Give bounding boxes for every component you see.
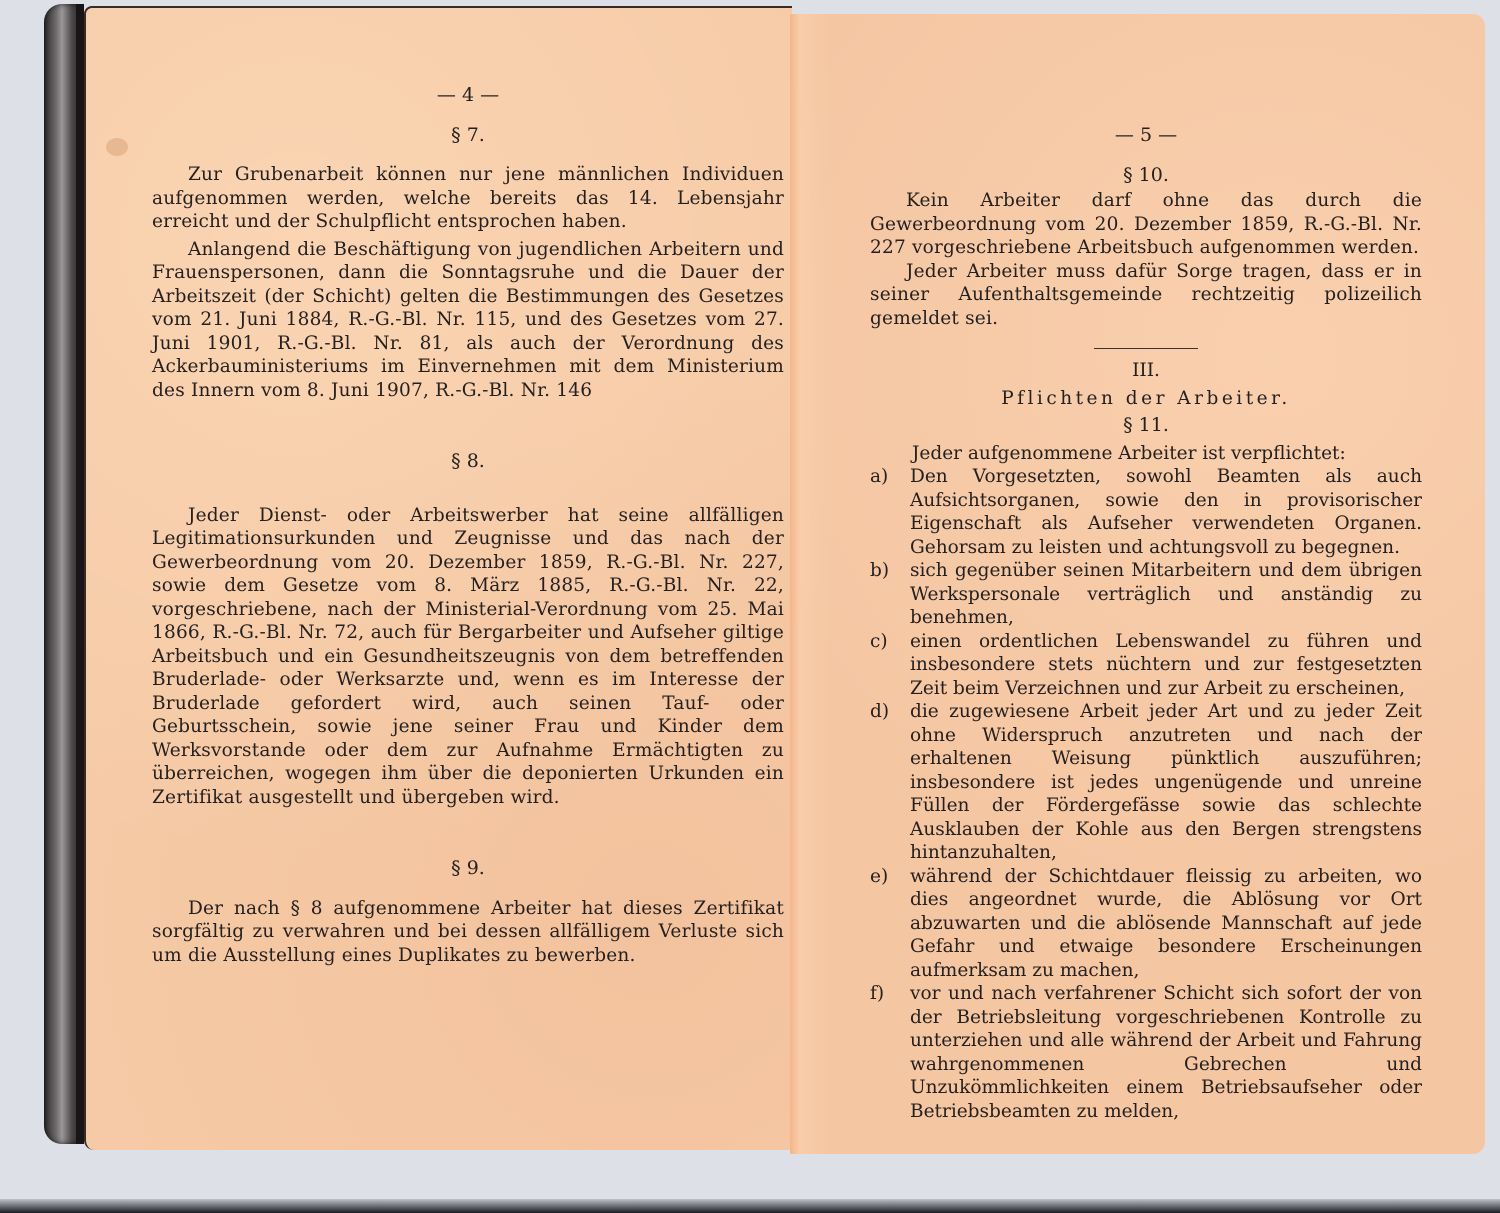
list-marker: f) (870, 982, 904, 1006)
list-marker: b) (870, 559, 904, 583)
page-number: — 5 — (870, 124, 1422, 148)
list-item: a) Den Vorgesetzten, sowohl Beamten als … (870, 465, 1422, 559)
list-item-text: die zugewiesene Arbeit jeder Art und zu … (910, 701, 1422, 863)
section-heading-8: § 8. (152, 450, 784, 474)
page-number: — 4 — (152, 84, 784, 108)
section-9-paragraph-1: Der nach § 8 aufgenommene Arbeiter hat d… (152, 897, 784, 968)
section-divider (1094, 348, 1198, 349)
list-item: b) sich gegenüber seinen Mitarbeitern un… (870, 559, 1422, 630)
section-7-paragraph-2: Anlangend die Beschäftigung von jugendli… (152, 238, 784, 403)
right-page-content: — 5 — § 10. Kein Arbeiter darf ohne das … (870, 124, 1422, 1123)
list-marker: e) (870, 865, 904, 889)
duties-list: a) Den Vorgesetzten, sowohl Beamten als … (870, 465, 1422, 1123)
left-page: — 4 — § 7. Zur Grubenarbeit können nur j… (84, 6, 792, 1150)
section-10-paragraph-1: Kein Arbeiter darf ohne das durch die Ge… (870, 189, 1422, 260)
section-heading-7: § 7. (152, 124, 784, 148)
section-10-paragraph-2: Jeder Arbeiter muss dafür Sorge tragen, … (870, 260, 1422, 331)
paper-stain (106, 138, 128, 156)
list-item: d) die zugewiesene Arbeit jeder Art und … (870, 700, 1422, 865)
left-page-content: — 4 — § 7. Zur Grubenarbeit können nur j… (152, 84, 784, 967)
list-item: c) einen ordentlichen Lebenswandel zu fü… (870, 630, 1422, 701)
list-marker: d) (870, 700, 904, 724)
list-item-text: vor und nach verfahrener Schicht sich so… (910, 983, 1422, 1122)
section-7-paragraph-1: Zur Grubenarbeit können nur jene männlic… (152, 163, 784, 234)
chapter-title: Pflichten der Arbeiter. (870, 387, 1422, 411)
section-8-paragraph-1: Jeder Dienst- oder Arbeitswerber hat sei… (152, 504, 784, 810)
section-heading-10: § 10. (870, 164, 1422, 188)
list-item-text: Den Vorgesetzten, sowohl Beamten als auc… (910, 466, 1422, 558)
list-marker: c) (870, 630, 904, 654)
list-item: f) vor und nach verfahrener Schicht sich… (870, 982, 1422, 1123)
scan-bottom-shadow (0, 1199, 1500, 1213)
list-item-text: sich gegenüber seinen Mitarbeitern und d… (910, 560, 1422, 628)
section-11-intro: Jeder aufgenommene Arbeiter ist verpflic… (870, 442, 1422, 466)
list-item-text: während der Schichtdauer fleissig zu arb… (910, 866, 1422, 981)
list-item: e) während der Schichtdauer fleissig zu … (870, 865, 1422, 983)
list-marker: a) (870, 465, 904, 489)
right-page: — 5 — § 10. Kein Arbeiter darf ohne das … (790, 14, 1485, 1154)
section-heading-9: § 9. (152, 857, 784, 881)
chapter-number: III. (870, 359, 1422, 383)
section-heading-11: § 11. (870, 414, 1422, 438)
spine-edge (76, 4, 84, 1144)
list-item-text: einen ordentlichen Lebenswandel zu führe… (910, 631, 1422, 699)
